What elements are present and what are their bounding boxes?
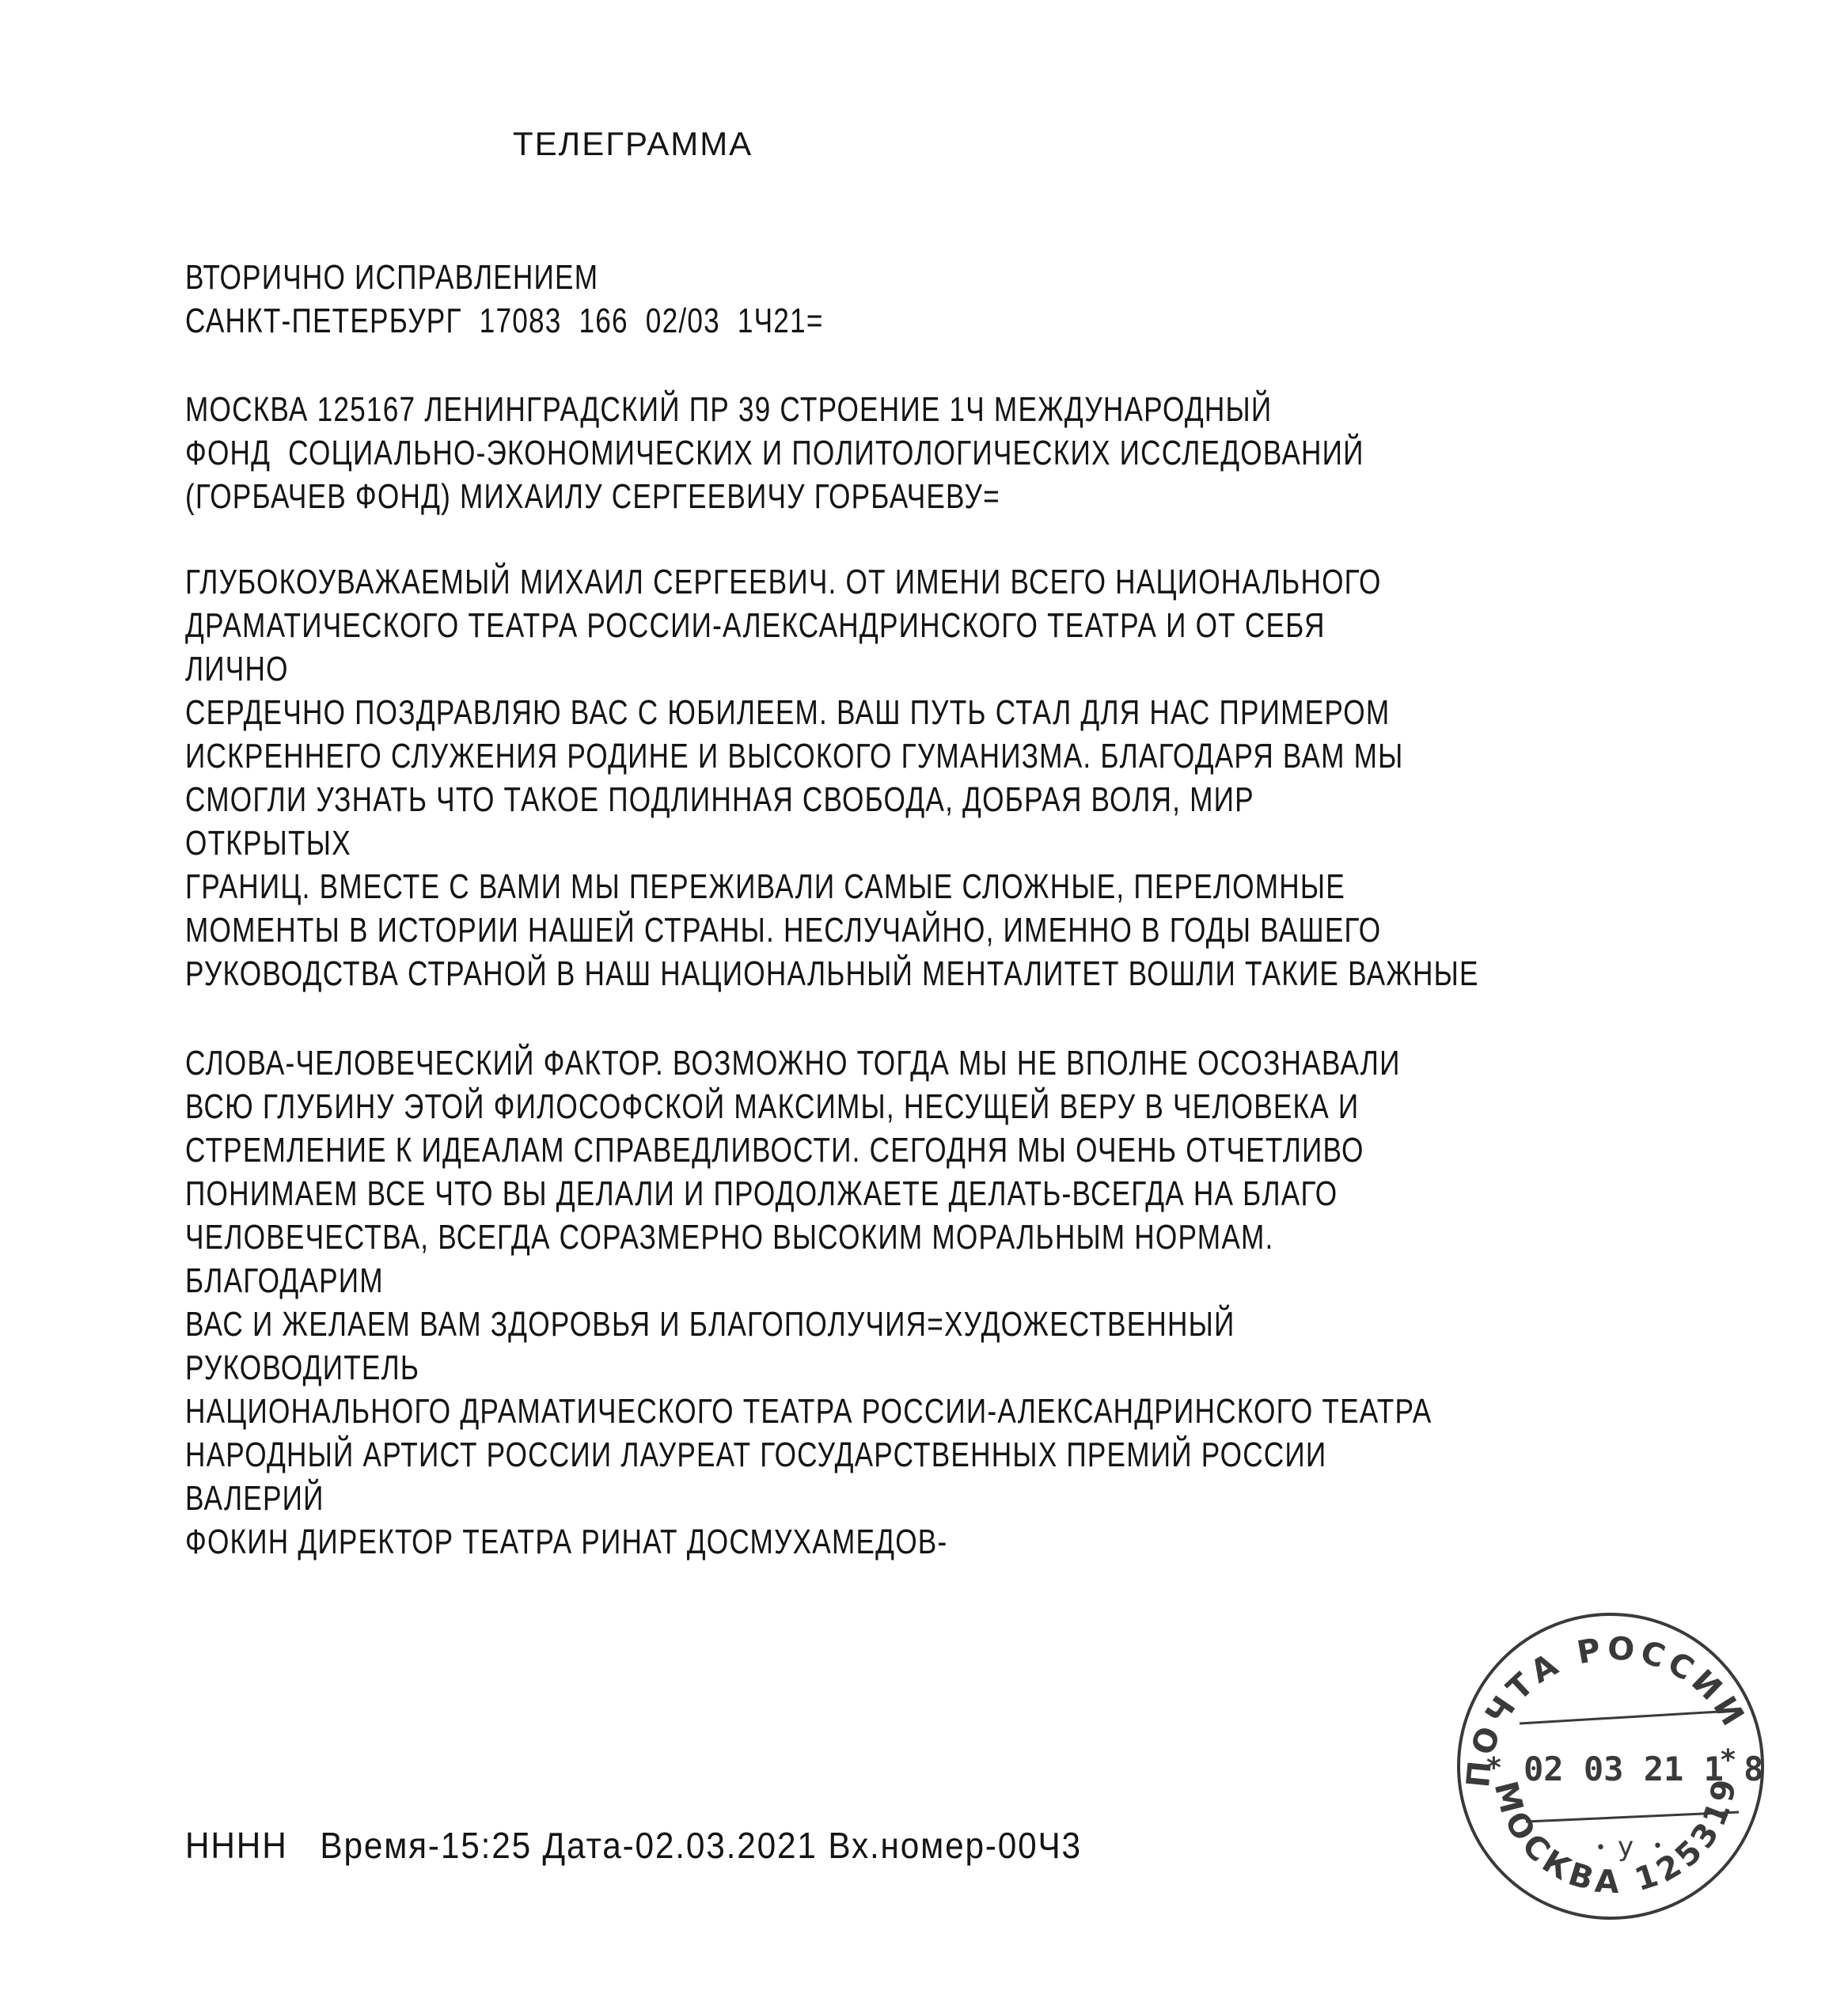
telegram-line: БЛАГОДАРИМ (185, 1261, 384, 1302)
telegram-line: ВТОРИЧНО ИСПРАВЛЕНИЕМ (185, 257, 598, 298)
document-title: ТЕЛЕГРАММА (513, 125, 753, 163)
telegram-line: ЛИЧНО (185, 649, 289, 690)
telegram-line: РУКОВОДСТВА СТРАНОЙ В НАШ НАЦИОНАЛЬНЫЙ М… (185, 954, 1479, 995)
telegram-line: ОТКРЫТЫХ (185, 823, 351, 864)
receipt-info: НННН Время-15:25 Дата-02.03.2021 Вх.номе… (185, 1824, 1082, 1867)
postmark-icon: ПОЧТА РОССИИ МОСКВА 125319 * * 02 03 21 … (1440, 1591, 1773, 1931)
telegram-line: ДРАМАТИЧЕСКОГО ТЕАТРА РОССИИ-АЛЕКСАНДРИН… (185, 605, 1326, 647)
stamp-mark: у (1618, 1831, 1634, 1863)
svg-text:•: • (1596, 1838, 1606, 1858)
telegram-line: ВСЮ ГЛУБИНУ ЭТОЙ ФИЛОСОФСКОЙ МАКСИМЫ, НЕ… (185, 1086, 1359, 1128)
telegram-line: МОМЕНТЫ В ИСТОРИИ НАШЕЙ СТРАНЫ. НЕСЛУЧАЙ… (185, 910, 1381, 951)
telegram-line: СТРЕМЛЕНИЕ К ИДЕАЛАМ СПРАВЕДЛИВОСТИ. СЕГ… (185, 1130, 1364, 1171)
telegram-line: ФОНД СОЦИАЛЬНО-ЭКОНОМИЧЕСКИХ И ПОЛИТОЛОГ… (185, 433, 1364, 474)
telegram-line: ВАС И ЖЕЛАЕМ ВАМ ЗДОРОВЬЯ И БЛАГОПОЛУЧИЯ… (185, 1304, 1235, 1345)
telegram-line: РУКОВОДИТЕЛЬ (185, 1348, 419, 1389)
post-stamp: ПОЧТА РОССИИ МОСКВА 125319 * * 02 03 21 … (1440, 1591, 1773, 1931)
telegram-line: СМОГЛИ УЗНАТЬ ЧТО ТАКОЕ ПОДЛИННАЯ СВОБОД… (185, 779, 1254, 821)
telegram-line: ИСКРЕННЕГО СЛУЖЕНИЯ РОДИНЕ И ВЫСОКОГО ГУ… (185, 736, 1403, 777)
telegram-line: МОСКВА 125167 ЛЕНИНГРАДСКИЙ ПР 39 СТРОЕН… (185, 389, 1272, 430)
telegram-line: СЕРДЕЧНО ПОЗДРАВЛЯЮ ВАС С ЮБИЛЕЕМ. ВАШ П… (185, 692, 1390, 734)
svg-text:МОСКВА 125319: МОСКВА 125319 (1487, 1773, 1744, 1902)
telegram-line: ВАЛЕРИЙ (185, 1478, 324, 1519)
telegram-line: ПОНИМАЕМ ВСЕ ЧТО ВЫ ДЕЛАЛИ И ПРОДОЛЖАЕТЕ… (185, 1174, 1338, 1215)
telegram-line: ФОКИН ДИРЕКТОР ТЕАТРА РИНАТ ДОСМУХАМЕДОВ… (185, 1522, 947, 1563)
telegram-line: САНКТ-ПЕТЕРБУРГ 17083 166 02/03 1Ч21= (185, 301, 824, 342)
telegram-line: НАЦИОНАЛЬНОГО ДРАМАТИЧЕСКОГО ТЕАТРА РОСС… (185, 1391, 1432, 1432)
svg-text:•: • (1653, 1837, 1663, 1856)
telegram-line: НАРОДНЫЙ АРТИСТ РОССИИ ЛАУРЕАТ ГОСУДАРСТ… (185, 1435, 1326, 1476)
stamp-bottom-text: МОСКВА 125319 (1487, 1773, 1744, 1902)
telegram-line: ГРАНИЦ. ВМЕСТЕ С ВАМИ МЫ ПЕРЕЖИВАЛИ САМЫ… (185, 866, 1345, 908)
telegram-line: ЧЕЛОВЕЧЕСТВА, ВСЕГДА СОРАЗМЕРНО ВЫСОКИМ … (185, 1217, 1274, 1258)
stamp-date: 02 03 21 1 8 (1524, 1750, 1763, 1788)
svg-text:*: * (1486, 1752, 1501, 1784)
telegram-line: ГЛУБОКОУВАЖАЕМЫЙ МИХАИЛ СЕРГЕЕВИЧ. ОТ ИМ… (185, 562, 1382, 603)
telegram-page: ТЕЛЕГРАММА ВТОРИЧНО ИСПРАВЛЕНИЕМСАНКТ-ПЕ… (0, 0, 1848, 2006)
telegram-line: (ГОРБАЧЕВ ФОНД) МИХАИЛУ СЕРГЕЕВИЧУ ГОРБА… (185, 476, 1000, 518)
telegram-line: СЛОВА-ЧЕЛОВЕЧЕСКИЙ ФАКТОР. ВОЗМОЖНО ТОГД… (185, 1043, 1401, 1084)
